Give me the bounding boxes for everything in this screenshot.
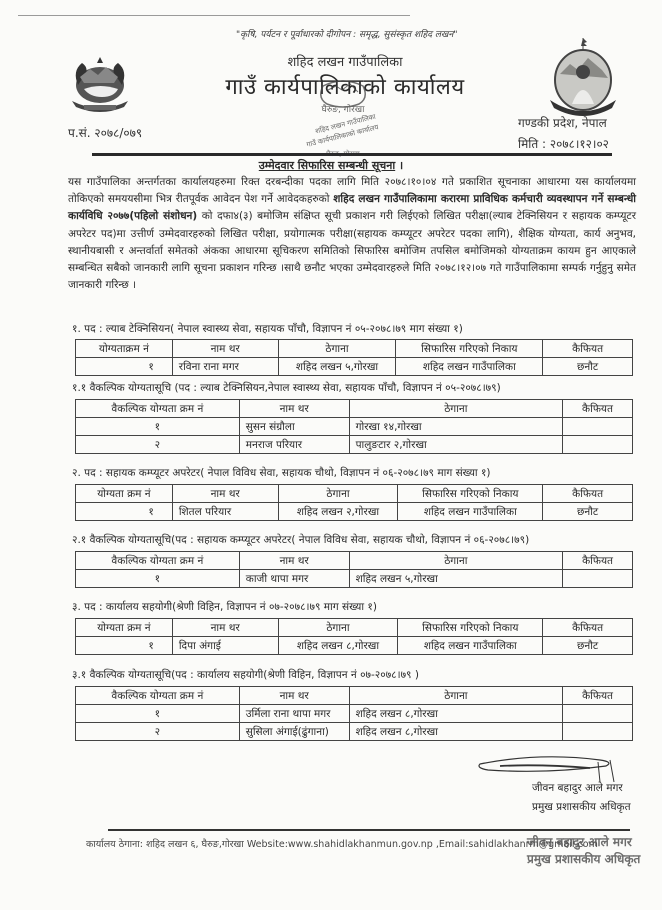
rank-cell: १ — [76, 705, 240, 723]
remarks-cell — [563, 705, 633, 723]
section-title: १. पद : ल्याब टेक्निसियन( नेपाल स्वास्थ्… — [72, 322, 463, 336]
agency-cell: शहिद लखन गाउँपालिका — [398, 503, 543, 521]
results-table: योग्यता क्रम नं नाम थर ठेगाना सिफारिस गर… — [75, 484, 633, 521]
name-cell: मनराज परियार — [239, 436, 349, 454]
address-cell: शहिद लखन ५,गोरखा — [278, 358, 396, 376]
notice-body-part: को दफा४(३) बमोजिम संक्षिप्त सूची प्रकाशन… — [68, 210, 636, 291]
signatory-name: जीवन बहादुर आले मगर — [532, 781, 623, 795]
table-row: १ दिपा अंगाई शहिद लखन ८,गोरखा शहिद लखन ग… — [76, 637, 633, 655]
table-header-row: योग्यताक्रम नं नाम थर ठेगाना सिफारिस गरि… — [76, 340, 633, 358]
alternate-table: वैकल्पिक योग्यता क्रम नं नाम थर ठेगाना क… — [75, 686, 633, 741]
column-header: वैकल्पिक योग्यता क्रम नं — [76, 552, 240, 570]
notice-title-text: उम्मेदवार सिफारिस सम्बन्धी सूचना — [259, 159, 395, 172]
table-header-row: योग्यता क्रम नं नाम थर ठेगाना सिफारिस गर… — [76, 619, 633, 637]
column-header: योग्यता क्रम नं — [76, 485, 173, 503]
column-header: वैकल्पिक योग्यता क्रम नं — [76, 687, 240, 705]
rank-cell: १ — [76, 418, 240, 436]
table-row: २ सुसिला अंगाई(ढुंगाना) शहिद लखन ८,गोरखा — [76, 723, 633, 741]
column-header: नाम थर — [172, 619, 278, 637]
address-cell: गोरखा १४,गोरखा — [349, 418, 562, 436]
name-cell: शितल परियार — [172, 503, 278, 521]
footer-signatory-title: प्रमुख प्रशासकीय अधिकृत — [527, 850, 640, 867]
column-header: सिफारिस गरिएको निकाय — [398, 485, 543, 503]
table-header-row: योग्यता क्रम नं नाम थर ठेगाना सिफारिस गर… — [76, 485, 633, 503]
column-header: नाम थर — [239, 687, 349, 705]
column-header: कैफियत — [543, 340, 633, 358]
results-table: योग्यता क्रम नं नाम थर ठेगाना सिफारिस गर… — [75, 618, 633, 655]
name-cell: रविना राना मगर — [172, 358, 278, 376]
address-cell: शहिद लखन ८,गोरखा — [349, 723, 562, 741]
column-header: ठेगाना — [278, 619, 398, 637]
agency-cell: शहिद लखन गाउँपालिका — [398, 637, 543, 655]
column-header: कैफियत — [563, 552, 633, 570]
name-cell: काजी थापा मगर — [239, 570, 349, 588]
notice-title-suffix: । — [395, 159, 403, 172]
top-rule — [18, 15, 410, 16]
table-row: २ मनराज परियार पालुङटार २,गोरखा — [76, 436, 633, 454]
address-cell: शहिद लखन २,गोरखा — [278, 503, 398, 521]
column-header: कैफियत — [563, 687, 633, 705]
column-header: ठेगाना — [349, 687, 562, 705]
column-header: कैफियत — [543, 485, 633, 503]
header-rule — [92, 153, 612, 156]
official-stamp-icon: घैरुङ, गोरखा शहिद लखन गाउँपालिका गाउँ का… — [298, 78, 388, 160]
remarks-cell — [563, 723, 633, 741]
column-header: नाम थर — [239, 552, 349, 570]
slogan: "कृषि, पर्यटन र पूर्वाधारको दीगोपन : समृ… — [236, 27, 457, 40]
section-title: ३.१ वैकल्पिक योग्यतासूचि(पद : कार्यालय स… — [72, 668, 419, 682]
table-row: १ काजी थापा मगर शहिद लखन ५,गोरखा — [76, 570, 633, 588]
section-title: ३. पद : कार्यालय सहयोगी(श्रेणी विहिन, वि… — [72, 600, 377, 614]
province: गण्डकी प्रदेश, नेपाल — [518, 114, 607, 131]
results-table: योग्यताक्रम नं नाम थर ठेगाना सिफारिस गरि… — [75, 339, 633, 376]
table-row: १ रविना राना मगर शहिद लखन ५,गोरखा शहिद ल… — [76, 358, 633, 376]
column-header: कैफियत — [543, 619, 633, 637]
table-row: १ शितल परियार शहिद लखन २,गोरखा शहिद लखन … — [76, 503, 633, 521]
rank-cell: १ — [76, 570, 240, 588]
office-address: कार्यालय ठेगाना: शहिद लखन ६, घैरुङ,गोरखा — [86, 839, 244, 850]
section-title: १.१ वैकल्पिक योग्यतासूचि (पद : ल्याब टेक… — [72, 381, 501, 395]
rank-cell: १ — [76, 358, 173, 376]
website-link[interactable]: Website:www.shahidlakhanmun.gov.np — [247, 839, 433, 850]
remarks-cell — [563, 436, 633, 454]
footer-signatory-name: जीवन बहादुर आले मगर — [527, 833, 632, 850]
column-header: वैकल्पिक योग्यता क्रम नं — [76, 400, 240, 418]
column-header: नाम थर — [172, 485, 278, 503]
remarks-cell: छनौट — [543, 637, 633, 655]
column-header: सिफारिस गरिएको निकाय — [398, 619, 543, 637]
municipality-name: शहिद लखन गाउँपालिका — [225, 52, 465, 70]
column-header: सिफारिस गरिएको निकाय — [396, 340, 543, 358]
alternate-table: वैकल्पिक योग्यता क्रम नं नाम थर ठेगाना क… — [75, 551, 633, 588]
address-cell: शहिद लखन ८,गोरखा — [278, 637, 398, 655]
section-title: २. पद : सहायक कम्प्यूटर अपरेटर( नेपाल वि… — [72, 466, 491, 480]
table-row: १ सुसन संग्रौला गोरखा १४,गोरखा — [76, 418, 633, 436]
column-header: योग्यताक्रम नं — [76, 340, 173, 358]
remarks-cell — [563, 570, 633, 588]
column-header: नाम थर — [172, 340, 278, 358]
section-title: २.१ वैकल्पिक योग्यतासूचि(पद : सहायक कम्प… — [72, 533, 529, 547]
footer-contact: कार्यालय ठेगाना: शहिद लखन ६, घैरुङ,गोरखा… — [86, 837, 598, 850]
remarks-cell: छनौट — [543, 503, 633, 521]
table-row: १ उर्मिला राना थापा मगर शहिद लखन ८,गोरखा — [76, 705, 633, 723]
remarks-cell — [563, 418, 633, 436]
signature-scribble-icon — [470, 754, 620, 774]
footer-rule — [108, 829, 630, 831]
svg-text:घैरुङ, गोरखा: घैरुङ, गोरखा — [322, 103, 366, 115]
name-cell: उर्मिला राना थापा मगर — [239, 705, 349, 723]
address-cell: शहिद लखन ५,गोरखा — [349, 570, 563, 588]
table-header-row: वैकल्पिक योग्यता क्रम नं नाम थर ठेगाना क… — [76, 552, 633, 570]
agency-cell: शहिद लखन गाउँपालिका — [396, 358, 543, 376]
address-cell: शहिद लखन ८,गोरखा — [349, 705, 562, 723]
rank-cell: २ — [76, 723, 240, 741]
name-cell: दिपा अंगाई — [172, 637, 278, 655]
name-cell: सुसिला अंगाई(ढुंगाना) — [239, 723, 349, 741]
signatory-title: प्रमुख प्रशासकीय अधिकृत — [532, 800, 631, 814]
rank-cell: २ — [76, 436, 240, 454]
municipality-emblem-icon — [546, 38, 620, 120]
table-header-row: वैकल्पिक योग्यता क्रम नं नाम थर ठेगाना क… — [76, 400, 633, 418]
column-header: कैफियत — [563, 400, 633, 418]
column-header: ठेगाना — [349, 400, 562, 418]
column-header: योग्यता क्रम नं — [76, 619, 173, 637]
column-header: ठेगाना — [349, 552, 563, 570]
issue-date: मिति : २०७८।१२।०२ — [518, 135, 609, 152]
reference-number: प.सं. २०७८/०७९ — [68, 124, 142, 141]
notice-body: यस गाउँपालिका अन्तर्गतका कार्यालयहरुमा र… — [68, 174, 636, 294]
remarks-cell: छनौट — [543, 358, 633, 376]
address-cell: पालुङटार २,गोरखा — [349, 436, 562, 454]
column-header: नाम थर — [239, 400, 349, 418]
notice-title: उम्मेदवार सिफारिस सम्बन्धी सूचना । — [0, 158, 662, 173]
nepal-emblem-icon — [64, 55, 136, 117]
column-header: ठेगाना — [278, 485, 398, 503]
name-cell: सुसन संग्रौला — [239, 418, 349, 436]
column-header: ठेगाना — [278, 340, 396, 358]
rank-cell: १ — [76, 503, 173, 521]
table-header-row: वैकल्पिक योग्यता क्रम नं नाम थर ठेगाना क… — [76, 687, 633, 705]
alternate-table: वैकल्पिक योग्यता क्रम नं नाम थर ठेगाना क… — [75, 399, 633, 454]
rank-cell: १ — [76, 637, 173, 655]
